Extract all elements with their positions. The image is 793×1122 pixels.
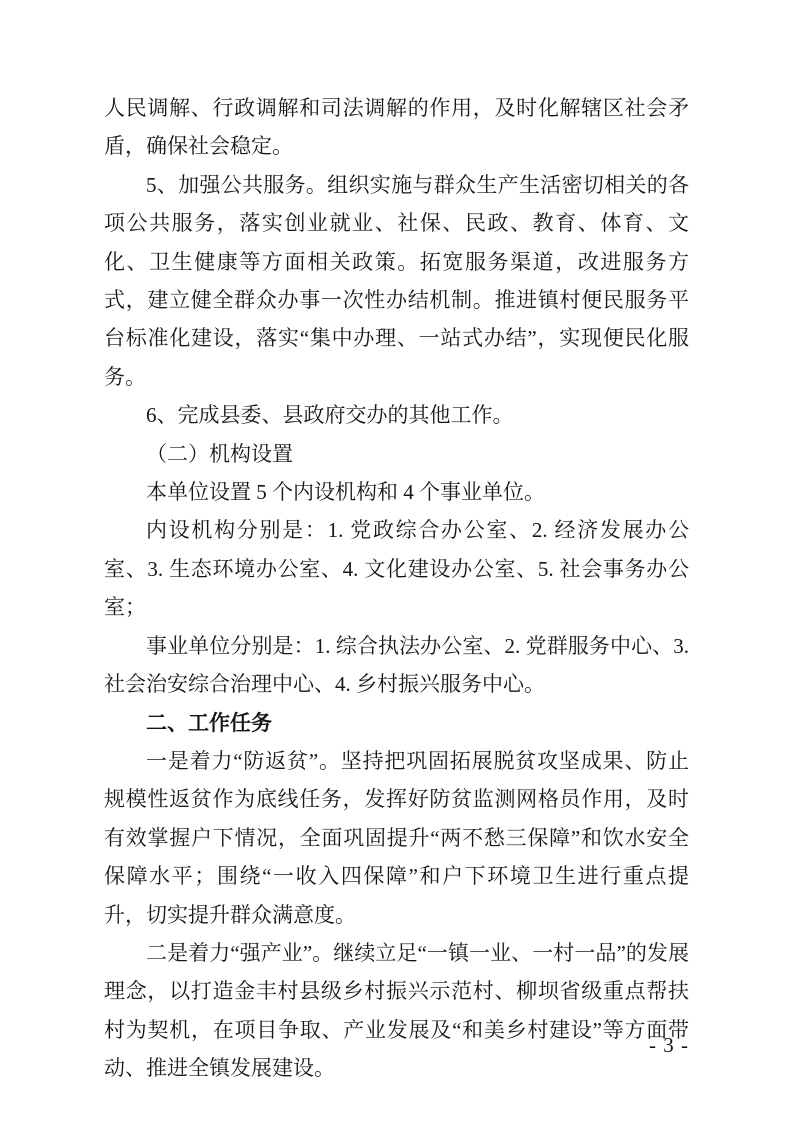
para-item6-other-tasks: 6、完成县委、县政府交办的其他工作。	[104, 396, 689, 434]
page-number: - 3 -	[649, 1026, 689, 1064]
para-item5-public-services: 5、加强公共服务。组织实施与群众生产生活密切相关的各项公共服务，落实创业就业、社…	[104, 166, 689, 396]
document-page: 人民调解、行政调解和司法调解的作用，及时化解辖区社会矛盾，确保社会稳定。 5、加…	[0, 0, 793, 1122]
para-task2-strengthen-industry: 二是着力“强产业”。继续立足“一镇一业、一村一品”的发展理念，以打造金丰村县级乡…	[104, 934, 689, 1088]
subheading-organization-setup: （二）机构设置	[104, 435, 689, 473]
para-task1-prevent-poverty-return: 一是着力“防返贫”。坚持把巩固拓展脱贫攻坚成果、防止规模性返贫作为底线任务，发挥…	[104, 742, 689, 934]
para-internal-organs-list: 内设机构分别是：1. 党政综合办公室、2. 经济发展办公室、3. 生态环境办公室…	[104, 511, 689, 626]
para-org-overview: 本单位设置 5 个内设机构和 4 个事业单位。	[104, 473, 689, 511]
para-public-institutions-list: 事业单位分别是：1. 综合执法办公室、2. 党群服务中心、3. 社会治安综合治理…	[104, 627, 689, 704]
para-mediation-continued: 人民调解、行政调解和司法调解的作用，及时化解辖区社会矛盾，确保社会稳定。	[104, 89, 689, 166]
document-body: 人民调解、行政调解和司法调解的作用，及时化解辖区社会矛盾，确保社会稳定。 5、加…	[104, 89, 689, 1088]
heading-work-tasks: 二、工作任务	[104, 704, 689, 742]
